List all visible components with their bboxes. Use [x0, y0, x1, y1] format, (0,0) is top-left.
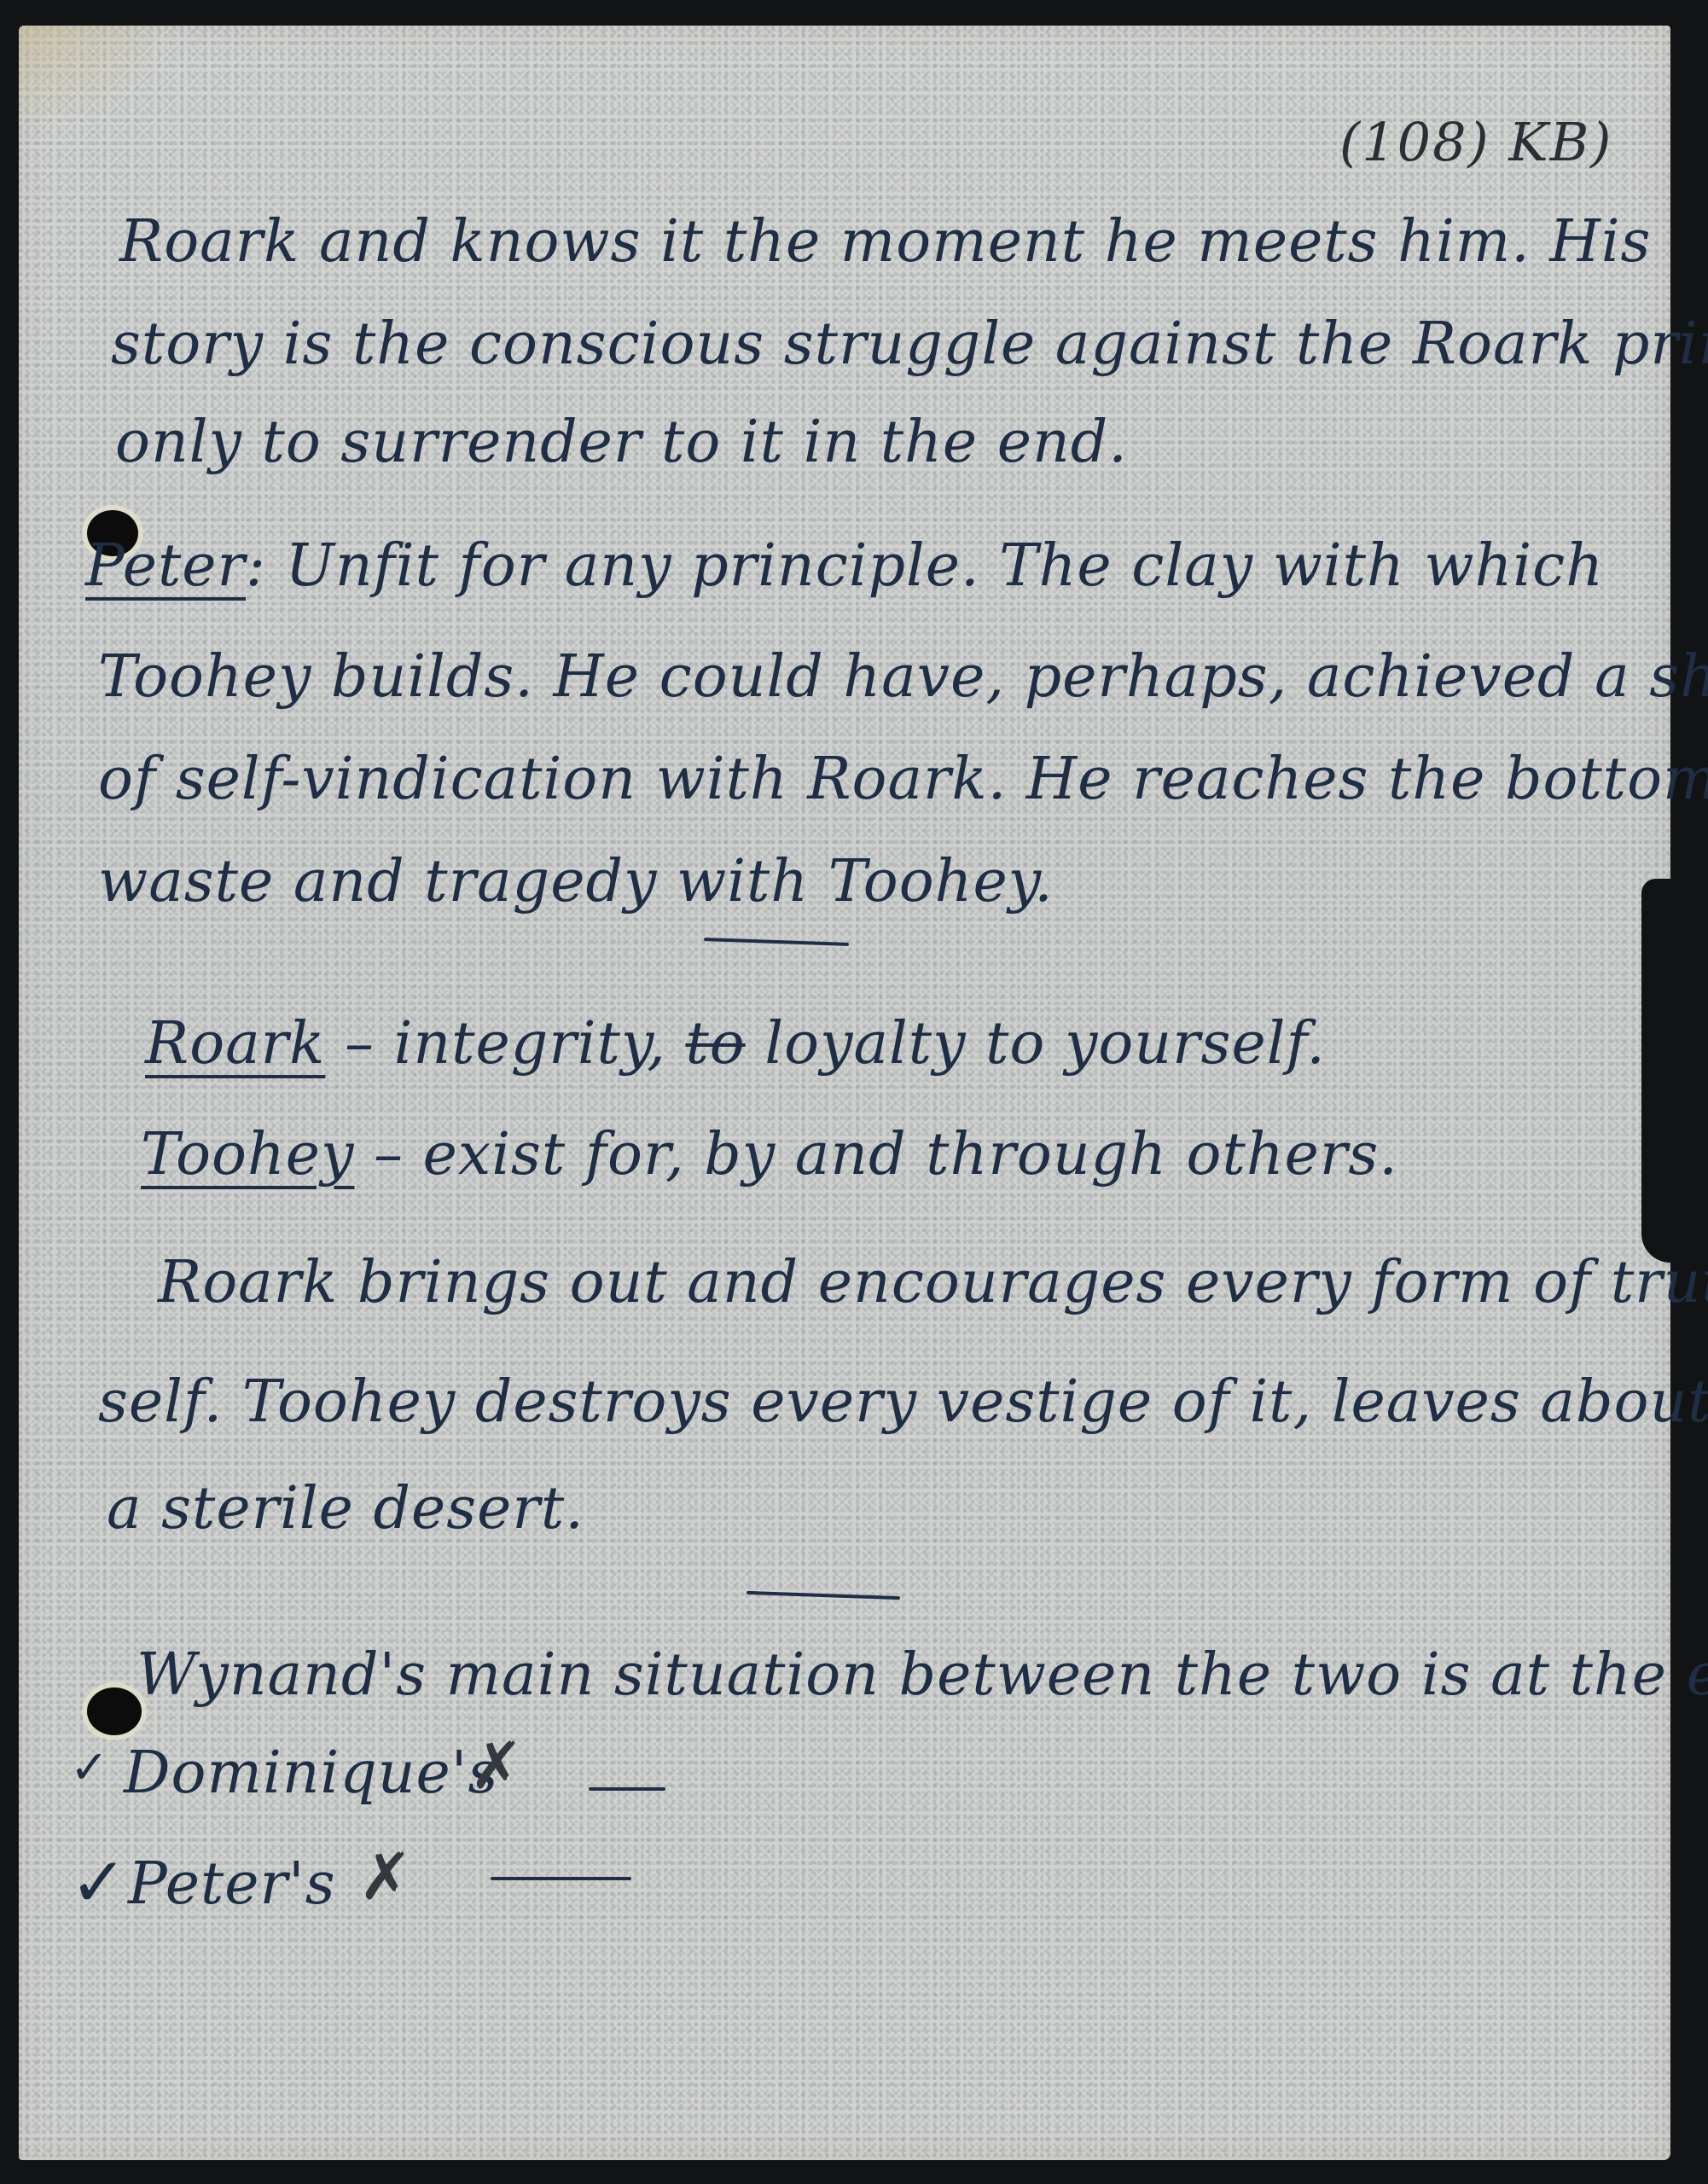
x-mark-icon: ✗ — [469, 1728, 524, 1804]
punch-hole-bottom — [87, 1687, 142, 1735]
checklist-item-peter: Peter's — [128, 1856, 336, 1914]
toohey-definition: Toohey – exist for, by and through other… — [141, 1126, 1398, 1184]
intro-line-3: only to surrender to it in the end. — [115, 414, 1128, 472]
peter-line-3: of self-vindication with Roark. He reach… — [98, 751, 1708, 809]
roark-dash: – — [325, 1010, 393, 1077]
peter-text-1: Unfit for any principle. The clay with w… — [286, 532, 1604, 600]
checkmark-icon: ✓ — [70, 1843, 127, 1922]
peter-line-2: Toohey builds. He could have, perhaps, a… — [98, 648, 1708, 706]
roark-integrity: integrity, — [394, 1010, 686, 1077]
toohey-dash: – — [354, 1121, 422, 1188]
roark-loyalty: loyalty to yourself. — [746, 1010, 1326, 1077]
intro-line-1: Roark and knows it the moment he meets h… — [119, 213, 1651, 271]
checkmark-icon: ✓ — [70, 1740, 108, 1794]
peter-label-colon: : — [246, 532, 266, 600]
roark-definition: Roark – integrity, to loyalty to yoursel… — [145, 1015, 1326, 1073]
roark-toohey-line-3: a sterile desert. — [107, 1480, 584, 1538]
blank-dash — [589, 1787, 665, 1791]
x-mark-icon: ✗ — [358, 1838, 413, 1914]
roark-toohey-line-2: self. Toohey destroys every vestige of i… — [98, 1374, 1708, 1432]
struck-word: to — [685, 1010, 745, 1077]
roark-toohey-line-1: Roark brings out and encourages every fo… — [158, 1254, 1708, 1312]
wynand-line: Wynand's main situation between the two … — [137, 1647, 1708, 1705]
roark-label: Roark — [145, 1010, 325, 1077]
paper-edge-notch — [1641, 879, 1670, 1263]
page-number: (108) KB) — [1339, 111, 1613, 173]
toohey-text: exist for, by and through others. — [423, 1121, 1398, 1188]
peter-line-4: waste and tragedy with Toohey. — [98, 853, 1054, 911]
peter-label: Peter — [85, 532, 246, 600]
toohey-label: Toohey — [141, 1121, 354, 1188]
checklist-item-dominique: Dominique's — [124, 1745, 498, 1803]
peter-line-1: Peter: Unfit for any principle. The clay… — [85, 537, 1604, 595]
intro-line-2: story is the conscious struggle against … — [111, 316, 1708, 374]
blank-dash — [491, 1877, 631, 1880]
